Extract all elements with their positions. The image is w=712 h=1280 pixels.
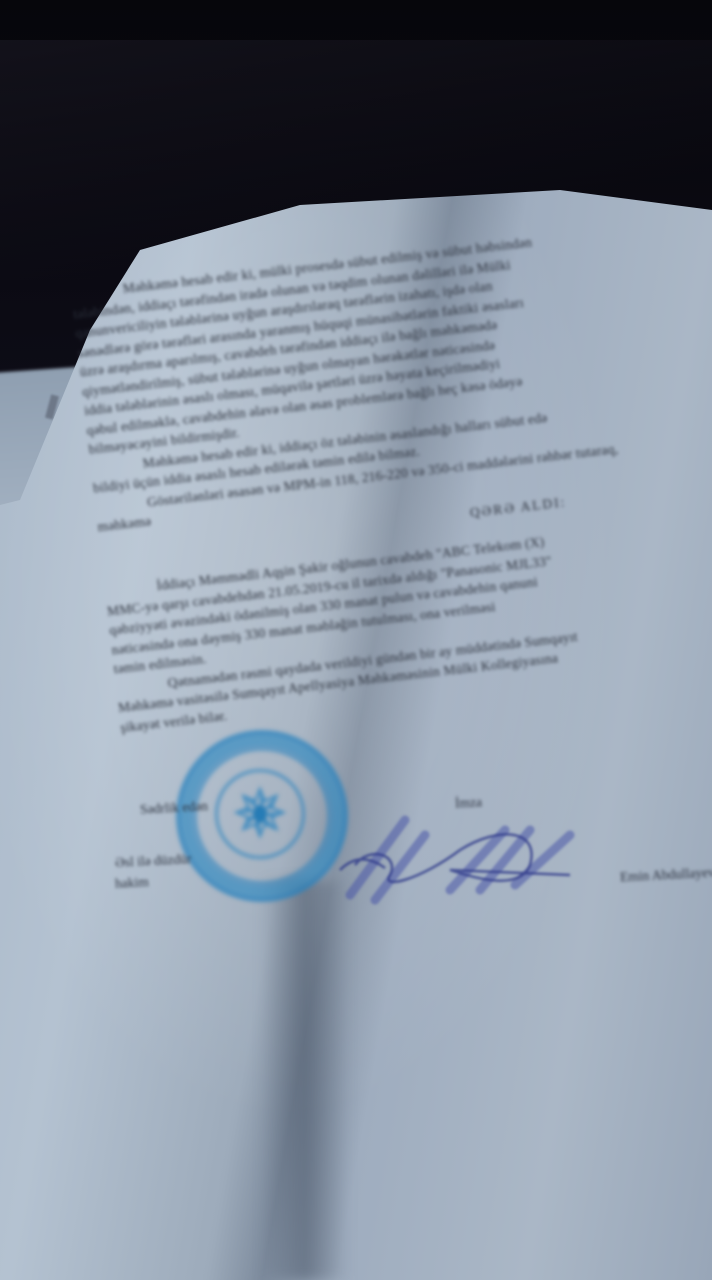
judge-label: hakim [115, 874, 150, 892]
photo-scene: Məhkəmə hesab edir ki, mülki prosesdə sü… [0, 0, 712, 1280]
handwritten-signature [330, 810, 590, 910]
seal-inner-ring: ✵ [215, 769, 305, 859]
paper-fold-shadow [260, 880, 350, 1280]
document-text: Məhkəmə hesab edir ki, mülki prosesdə sü… [70, 203, 712, 737]
official-seal-stamp: ✵ [176, 730, 348, 902]
seal-center-dot [253, 805, 267, 823]
